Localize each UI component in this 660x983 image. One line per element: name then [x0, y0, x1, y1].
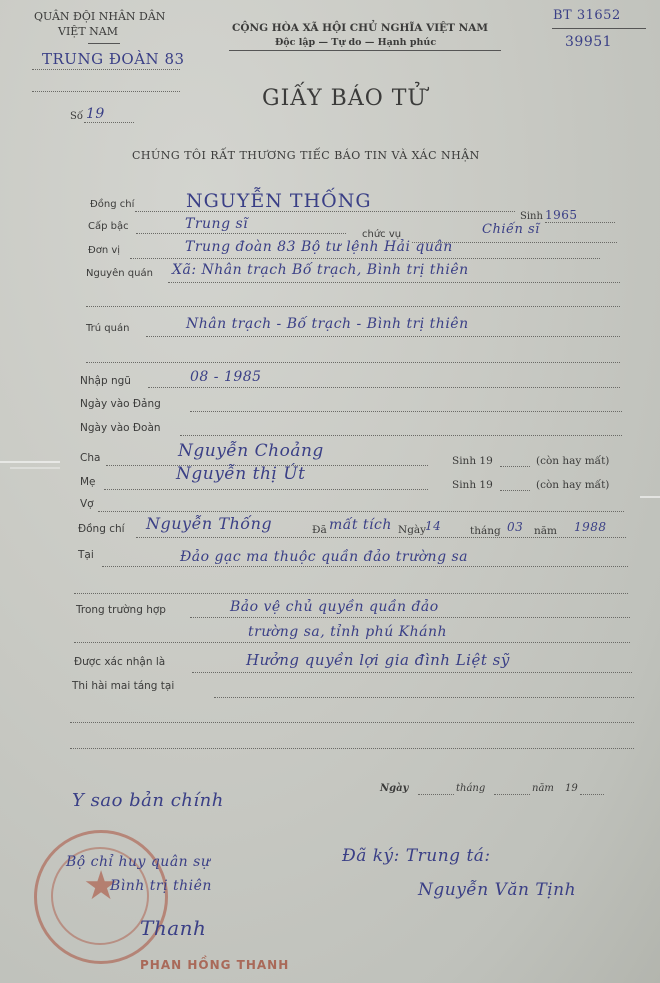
- label-trong-truong-hop: Trong trường hợp: [76, 604, 166, 616]
- value-nam: 1988: [574, 520, 607, 534]
- value-trong-truong-hop-1: Bảo vệ chủ quyền quần đảo: [230, 599, 439, 615]
- label-nhap-ngu: Nhập ngũ: [80, 375, 131, 387]
- date-ngay: Ngày: [380, 783, 408, 794]
- line-trong-truong-hop: [190, 617, 630, 618]
- me-status: (còn hay mất): [536, 479, 609, 491]
- value-dong-chi: NGUYỄN THỐNG: [186, 190, 372, 212]
- label-thang: tháng: [470, 525, 501, 537]
- archive-code-top: BT 31652: [553, 8, 621, 23]
- value-tru-quan: Nhân trạch - Bố trạch - Bình trị thiên: [186, 316, 469, 332]
- line-tai: [102, 566, 628, 567]
- label-da: Đã: [312, 524, 327, 536]
- label-sinh: Sinh: [520, 211, 543, 222]
- value-nguyen-quan: Xã: Nhân trạch Bố trạch, Bình trị thiên: [172, 262, 469, 278]
- line-don-vi: [130, 258, 600, 259]
- value-sinh: 1965: [545, 208, 578, 222]
- label-tru-quan: Trú quán: [86, 323, 129, 334]
- line-thi-hai-2: [70, 722, 634, 723]
- line-tru-quan-2: [86, 362, 620, 363]
- label-cap-bac: Cấp bậc: [88, 221, 129, 232]
- line-nguyen-quan: [168, 282, 620, 283]
- motto: Độc lập — Tự do — Hạnh phúc: [275, 37, 436, 48]
- glare: [0, 461, 60, 463]
- date-nam: năm: [532, 783, 554, 794]
- value-me: Nguyễn thị Út: [176, 464, 305, 484]
- line-me-sinh: [500, 490, 530, 491]
- value-tai: Đảo gạc ma thuộc quần đảo trường sa: [180, 549, 468, 565]
- label-vo: Vợ: [80, 498, 94, 510]
- label-cha-sinh: Sinh 19: [452, 455, 493, 467]
- value-da: mất tích: [329, 517, 392, 533]
- cert-signature: Thanh: [140, 916, 206, 940]
- label-nam: năm: [534, 525, 557, 537]
- label-me-sinh: Sinh 19: [452, 479, 493, 491]
- date-ngay-line: [418, 794, 454, 795]
- label-cha: Cha: [80, 452, 100, 464]
- number-value: 19: [86, 106, 105, 122]
- line-sinh: [545, 222, 615, 223]
- org-underline: [88, 43, 120, 44]
- value-thang: 03: [507, 520, 523, 534]
- line-cap-bac: [136, 233, 346, 234]
- label-dong-chi: Đồng chí: [90, 199, 134, 210]
- value-trong-truong-hop-2: trường sa, tỉnh phú Khánh: [248, 624, 447, 640]
- value-duoc-xac-nhan: Hưởng quyền lợi gia đình Liệt sỹ: [246, 651, 510, 669]
- label-ngay-vao-doan: Ngày vào Đoàn: [80, 422, 161, 434]
- label-me: Mẹ: [80, 476, 96, 488]
- value-don-vi: Trung đoàn 83 Bộ tư lệnh Hải quân: [185, 239, 453, 255]
- page-title: GIẤY BÁO TỬ: [262, 86, 427, 111]
- label-nguyen-quan: Nguyên quán: [86, 268, 153, 279]
- archive-code-bottom: 39951: [565, 34, 612, 50]
- date-year-line: [580, 794, 604, 795]
- number-line: [84, 122, 134, 123]
- value-death-name: Nguyễn Thống: [146, 514, 272, 533]
- label-ngay: Ngày: [398, 524, 426, 536]
- signed-line1: Đã ký: Trung tá:: [342, 846, 491, 866]
- line-ngay-vao-doan: [180, 435, 622, 436]
- official-stamp: ★: [34, 830, 168, 964]
- header-rule: [229, 50, 501, 51]
- glare: [640, 496, 660, 498]
- copy-note: Y sao bản chính: [72, 790, 224, 811]
- label-thi-hai: Thi hài mai táng tại: [72, 680, 174, 692]
- republic-title: CỘNG HÒA XÃ HỘI CHỦ NGHĨA VIỆT NAM: [232, 22, 488, 34]
- line-trong-truong-hop-2: [74, 642, 630, 643]
- label-ngay-vao-dang: Ngày vào Đảng: [80, 398, 161, 410]
- label-duoc-xac-nhan: Được xác nhận là: [74, 656, 165, 668]
- line-duoc-xac-nhan: [192, 672, 632, 673]
- unit-line-2: [32, 91, 180, 92]
- line-death: [136, 537, 626, 538]
- stamp-name: PHAN HỒNG THANH: [140, 958, 289, 972]
- line-thi-hai: [214, 697, 634, 698]
- number-label: Số: [70, 111, 83, 122]
- unit-line: [32, 69, 180, 70]
- value-cha: Nguyễn Choảng: [178, 441, 324, 461]
- label-death-dong-chi: Đồng chí: [78, 523, 125, 535]
- line-tru-quan: [146, 336, 620, 337]
- cert-line1: Bộ chỉ huy quân sự: [66, 854, 210, 870]
- line-cha-sinh: [500, 466, 530, 467]
- glare: [10, 467, 60, 469]
- line-thi-hai-3: [70, 748, 634, 749]
- line-vo: [98, 511, 624, 512]
- date-thang-line: [494, 794, 530, 795]
- date-thang: tháng: [456, 783, 485, 794]
- org-line1: QUÂN ĐỘI NHÂN DÂN: [34, 10, 165, 23]
- subtitle: CHÚNG TÔI RẤT THƯƠNG TIẾC BÁO TIN VÀ XÁC…: [132, 149, 480, 162]
- death-notice-document: QUÂN ĐỘI NHÂN DÂN VIỆT NAM TRUNG ĐOÀN 83…: [0, 0, 660, 983]
- line-me: [104, 489, 428, 490]
- archive-code-divider: [552, 28, 646, 29]
- value-cap-bac: Trung sĩ: [185, 216, 248, 232]
- line-nguyen-quan-2: [86, 306, 620, 307]
- value-chuc-vu: Chiến sĩ: [482, 222, 540, 237]
- org-line2: VIỆT NAM: [58, 25, 118, 38]
- cha-status: (còn hay mất): [536, 455, 609, 467]
- value-nhap-ngu: 08 - 1985: [190, 369, 262, 385]
- line-dong-chi: [135, 211, 515, 212]
- line-ngay-vao-dang: [190, 411, 622, 412]
- signed-line2: Nguyễn Văn Tịnh: [418, 880, 576, 900]
- label-don-vi: Đơn vị: [88, 245, 120, 256]
- unit-handwritten: TRUNG ĐOÀN 83: [42, 50, 185, 68]
- cert-line2: Bình trị thiên: [110, 878, 212, 894]
- value-ngay: 14: [425, 519, 441, 533]
- date-year-prefix: 19: [565, 783, 578, 794]
- line-tai-2: [74, 593, 628, 594]
- line-nhap-ngu: [148, 387, 620, 388]
- label-tai: Tại: [78, 549, 94, 561]
